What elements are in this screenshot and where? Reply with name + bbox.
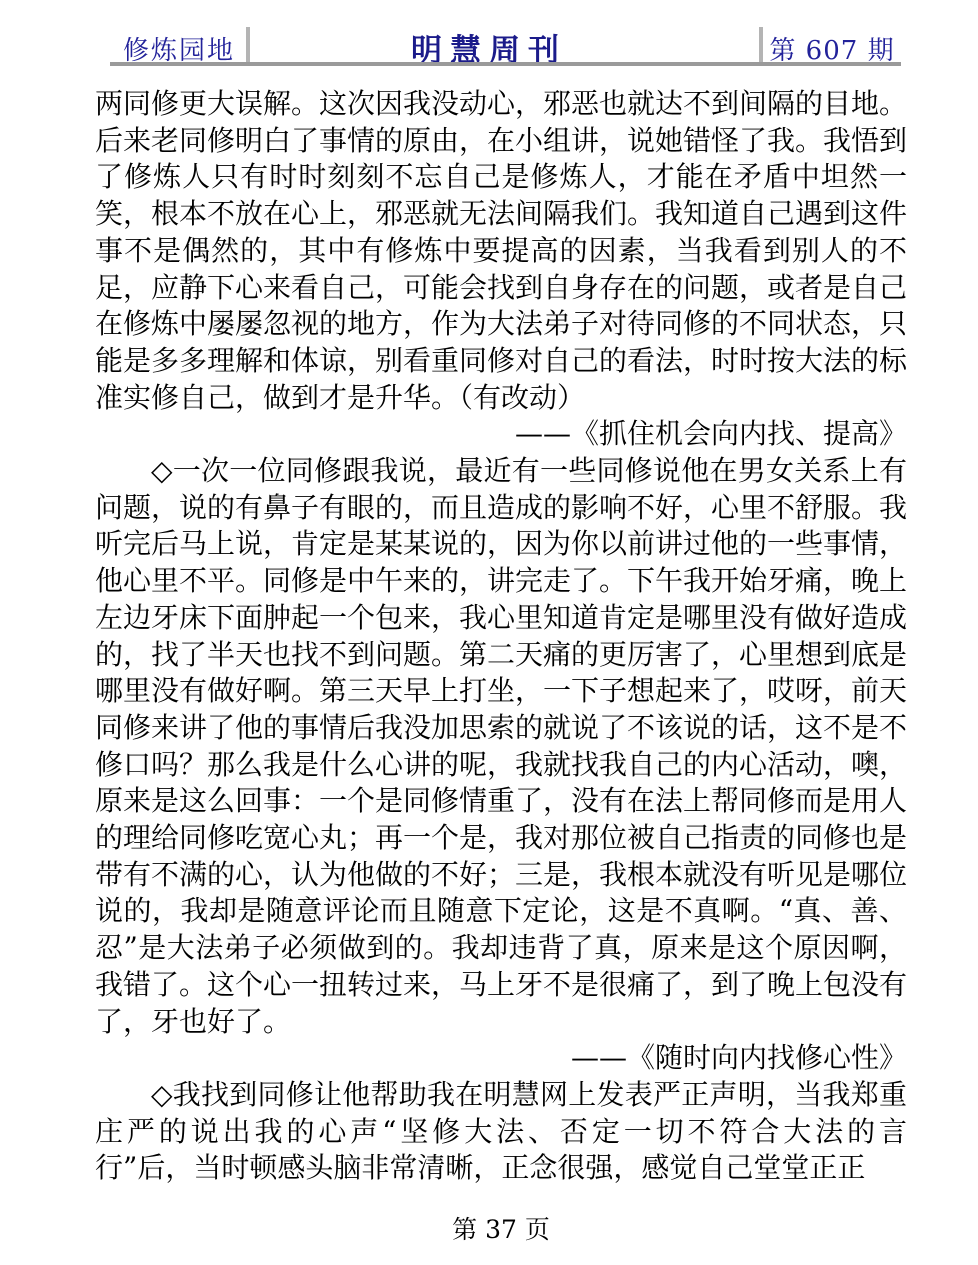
document-page: 修炼园地 明慧周刊 第 607 期 两同修更大误解。这次因我没动心，邪恶也就达不… (0, 0, 978, 1265)
body-text-block: 两同修更大误解。这次因我没动心，邪恶也就达不到间隔的目地。后来老同修明白了事情的… (95, 86, 907, 1187)
body-paragraph: ◇一次一位同修跟我说，最近有一些同修说他在男女关系上有问题，说的有鼻子有眼的，而… (95, 453, 907, 1040)
body-paragraph: ◇我找到同修让他帮助我在明慧网上发表严正声明，当我郑重庄严的说出我的心声“坚修大… (95, 1077, 907, 1187)
attribution-line: ——《随时向内找修心性》 (95, 1040, 907, 1077)
page-number: 第 37 页 (95, 1210, 907, 1246)
body-paragraph: 两同修更大误解。这次因我没动心，邪恶也就达不到间隔的目地。后来老同修明白了事情的… (95, 86, 907, 416)
attribution-line: ——《抓住机会向内找、提高》 (95, 416, 907, 453)
header-rule (110, 62, 901, 66)
